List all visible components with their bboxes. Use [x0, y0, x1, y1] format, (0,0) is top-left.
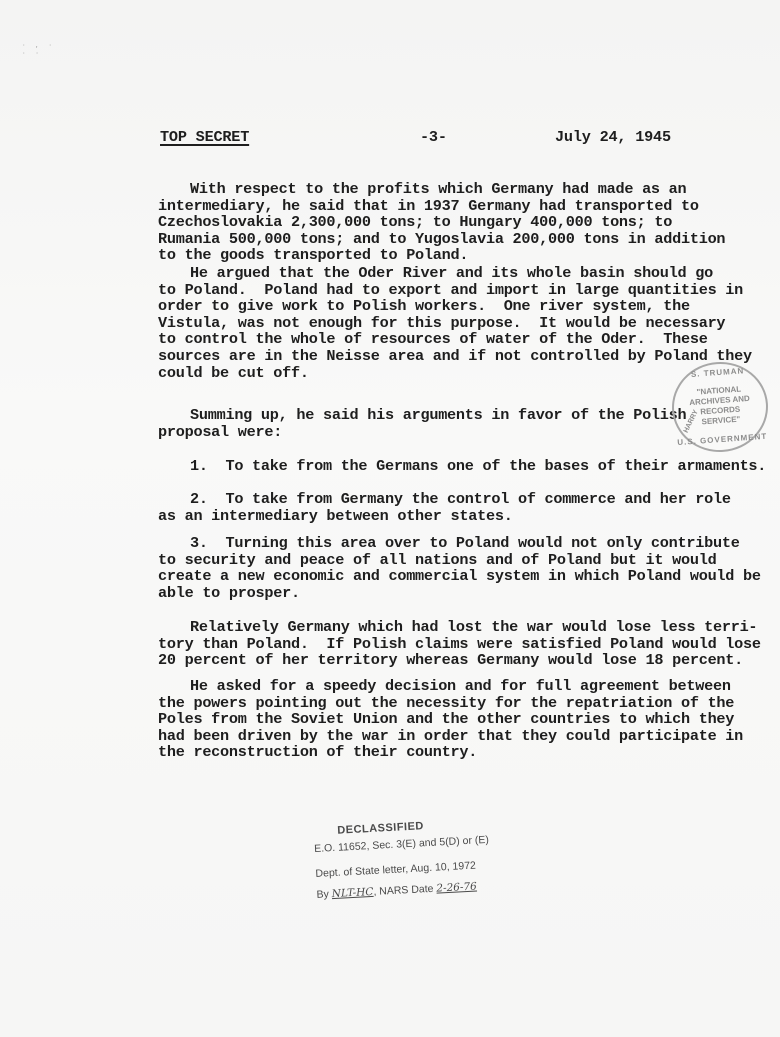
text-line: Relatively Germany which had lost the wa… — [158, 619, 768, 636]
margin-marks: · , · · · — [22, 42, 62, 62]
text-line: sources are in the Neisse area and if no… — [158, 348, 768, 365]
text-line: Czechoslovakia 2,300,000 tons; to Hungar… — [158, 214, 768, 231]
text-line: able to prosper. — [158, 585, 768, 602]
declass-by-line: By NLT-HC, NARS Date 2-26-76 — [316, 881, 477, 901]
text-line: He argued that the Oder River and its wh… — [158, 265, 768, 282]
text-line: tory than Poland. If Polish claims were … — [158, 636, 768, 653]
text-line: 1. To take from the Germans one of the b… — [158, 458, 768, 475]
list-item-point-3: 3. Turning this area over to Poland woul… — [158, 535, 768, 601]
truman-library-stamp: S. TRUMAN HARRY "NATIONAL ARCHIVES AND R… — [669, 359, 771, 455]
text-line: to control the whole of resources of wat… — [158, 331, 768, 348]
text-line: With respect to the profits which German… — [158, 181, 768, 198]
document-date: July 24, 1945 — [555, 128, 671, 146]
declass-reference: Dept. of State letter, Aug. 10, 1972 — [315, 860, 476, 880]
text-line: intermediary, he said that in 1937 Germa… — [158, 198, 768, 215]
paragraph-territory-loss: Relatively Germany which had lost the wa… — [158, 619, 768, 669]
declassified-title: DECLASSIFIED — [337, 820, 424, 837]
text-line: create a new economic and commercial sys… — [158, 568, 768, 585]
text-line: 20 percent of her territory whereas Germ… — [158, 652, 768, 669]
declass-signature: NLT-HC — [331, 886, 373, 900]
text-line: He asked for a speedy decision and for f… — [158, 678, 768, 695]
declass-agency: , NARS Date — [373, 883, 434, 898]
text-line: order to give work to Polish workers. On… — [158, 298, 768, 315]
list-item-point-1: 1. To take from the Germans one of the b… — [158, 458, 768, 475]
text-line: Rumania 500,000 tons; and to Yugoslavia … — [158, 231, 768, 248]
stamp-bottom-arc: U.S. GOVERNMENT — [676, 432, 768, 447]
text-line: 3. Turning this area over to Poland woul… — [158, 535, 768, 552]
text-line: the reconstruction of their country. — [158, 744, 768, 761]
text-line: to the goods transported to Poland. — [158, 247, 768, 264]
text-line: had been driven by the war in order that… — [158, 728, 768, 745]
paragraph-transport-profits: With respect to the profits which German… — [158, 181, 768, 264]
stamp-center-text: "NATIONAL ARCHIVES AND RECORDS SERVICE" — [681, 383, 760, 428]
classification-label: TOP SECRET — [160, 128, 249, 146]
declass-date: 2-26-76 — [436, 881, 477, 895]
text-line: to Poland. Poland had to export and impo… — [158, 282, 768, 299]
document-page: · , · · · TOP SECRET -3- July 24, 1945 W… — [0, 0, 780, 1037]
text-line: to security and peace of all nations and… — [158, 552, 768, 569]
text-line: Poles from the Soviet Union and the othe… — [158, 711, 768, 728]
page-number: -3- — [420, 128, 447, 146]
text-line: 2. To take from Germany the control of c… — [158, 491, 768, 508]
paragraph-speedy-decision: He asked for a speedy decision and for f… — [158, 678, 768, 761]
paragraph-oder-river: He argued that the Oder River and its wh… — [158, 265, 768, 381]
list-item-point-2: 2. To take from Germany the control of c… — [158, 491, 768, 524]
text-line: Vistula, was not enough for this purpose… — [158, 315, 768, 332]
declass-authority: E.O. 11652, Sec. 3(E) and 5(D) or (E) — [314, 834, 489, 855]
declass-by-label: By — [316, 888, 329, 901]
text-line: as an intermediary between other states. — [158, 508, 768, 525]
text-line: the powers pointing out the necessity fo… — [158, 695, 768, 712]
